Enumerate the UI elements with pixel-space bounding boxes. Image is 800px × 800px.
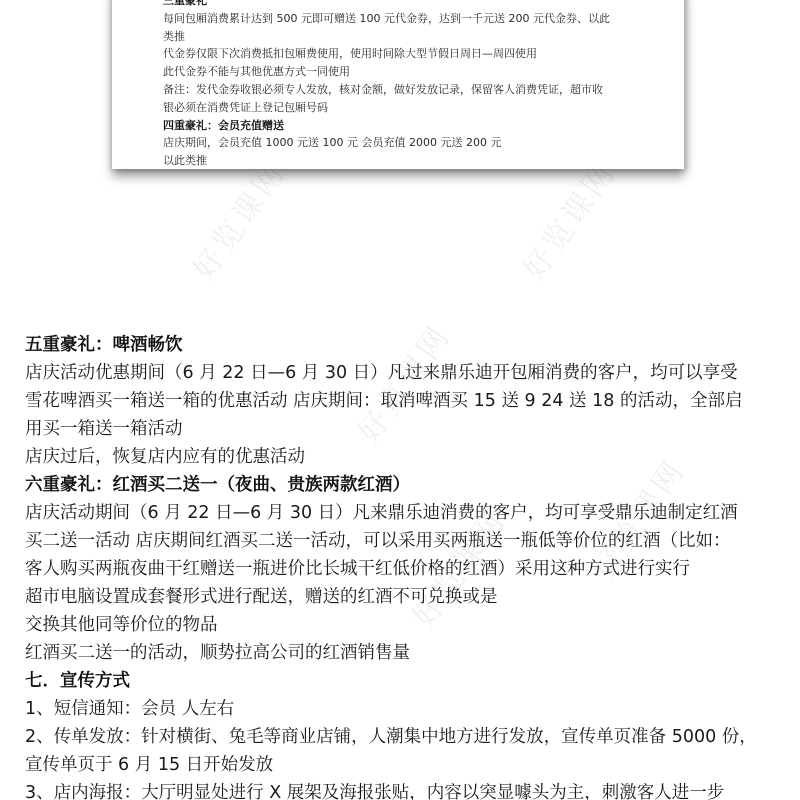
paragraph-line: 超市电脑设置成套餐形式进行配送，赠送的红酒不可兑换或是 bbox=[25, 583, 795, 611]
paragraph-line: 店庆活动优惠期间（6 月 22 日—6 月 30 日）凡过来鼎乐迪开包厢消费的客… bbox=[25, 359, 795, 387]
paragraph-line: 宣传单页于 6 月 15 日开始发放 bbox=[25, 751, 795, 779]
paragraph-line: 店庆过后，恢复店内应有的优惠活动 bbox=[25, 443, 795, 471]
paragraph-line: 买二送一活动 店庆期间红酒买二送一活动，可以采用买两瓶送一瓶低等价位的红酒（比如… bbox=[25, 527, 795, 555]
list-item-flyers: 2、传单发放：针对横街、兔毛等商业店铺，人潮集中地方进行发放，宣传单页准备 50… bbox=[25, 723, 795, 751]
section-heading-promotion: 七．宣传方式 bbox=[25, 667, 795, 695]
preview-line: 店庆期间，会员充值 1000 元送 100 元 会员充值 2000 元送 200… bbox=[163, 134, 664, 152]
preview-line: 银必须在消费凭证上登记包厢号码 bbox=[163, 99, 664, 117]
preview-line: 每间包厢消费累计达到 500 元即可赠送 100 元代金券，达到一千元送 200… bbox=[163, 10, 664, 28]
preview-card-text: 三重豪礼 每间包厢消费累计达到 500 元即可赠送 100 元代金券，达到一千元… bbox=[163, 0, 664, 170]
preview-heading-three-gifts: 三重豪礼 bbox=[163, 0, 664, 10]
list-item-sms: 1、短信通知：会员 人左右 bbox=[25, 695, 795, 723]
paragraph-line: 店庆活动期间（6 月 22 日—6 月 30 日）凡来鼎乐迪消费的客户，均可享受… bbox=[25, 499, 795, 527]
paragraph-line: 交换其他同等价位的物品 bbox=[25, 611, 795, 639]
paragraph-line: 用买一箱送一箱活动 bbox=[25, 415, 795, 443]
paragraph-line: 雪花啤酒买一箱送一箱的优惠活动 店庆期间：取消啤酒买 15 送 9 24 送 1… bbox=[25, 387, 795, 415]
document-body: 五重豪礼：啤酒畅饮 店庆活动优惠期间（6 月 22 日—6 月 30 日）凡过来… bbox=[25, 331, 795, 800]
watermark: 好览课网 bbox=[180, 151, 294, 288]
preview-line: 以此类推 bbox=[163, 152, 664, 170]
paragraph-line: 红酒买二送一的活动，顺势拉高公司的红酒销售量 bbox=[25, 639, 795, 667]
preview-line: 备注：发代金券收银必须专人发放，核对金额，做好发放记录，保留客人消费凭证，超市收 bbox=[163, 81, 664, 99]
preview-line: 代金券仅限下次消费抵扣包厢费使用，使用时间除大型节假日周日—周四使用 bbox=[163, 45, 664, 63]
document-preview-card: 三重豪礼 每间包厢消费累计达到 500 元即可赠送 100 元代金券，达到一千元… bbox=[112, 0, 684, 169]
preview-line: 此代金券不能与其他优惠方式一同使用 bbox=[163, 63, 664, 81]
list-item-posters: 3、店内海报：大厅明显处进行 X 展架及海报张贴，内容以突显噱头为主，刺激客人进… bbox=[25, 779, 795, 800]
watermark: 好览课网 bbox=[510, 151, 624, 288]
preview-line: 类推 bbox=[163, 28, 664, 46]
section-heading-wine: 六重豪礼：红酒买二送一（夜曲、贵族两款红酒） bbox=[25, 471, 795, 499]
section-heading-beer: 五重豪礼：啤酒畅饮 bbox=[25, 331, 795, 359]
paragraph-line: 客人购买两瓶夜曲干红赠送一瓶进价比长城干红低价格的红酒）采用这种方式进行实行 bbox=[25, 555, 795, 583]
preview-heading-four-gifts: 四重豪礼：会员充值赠送 bbox=[163, 117, 664, 135]
